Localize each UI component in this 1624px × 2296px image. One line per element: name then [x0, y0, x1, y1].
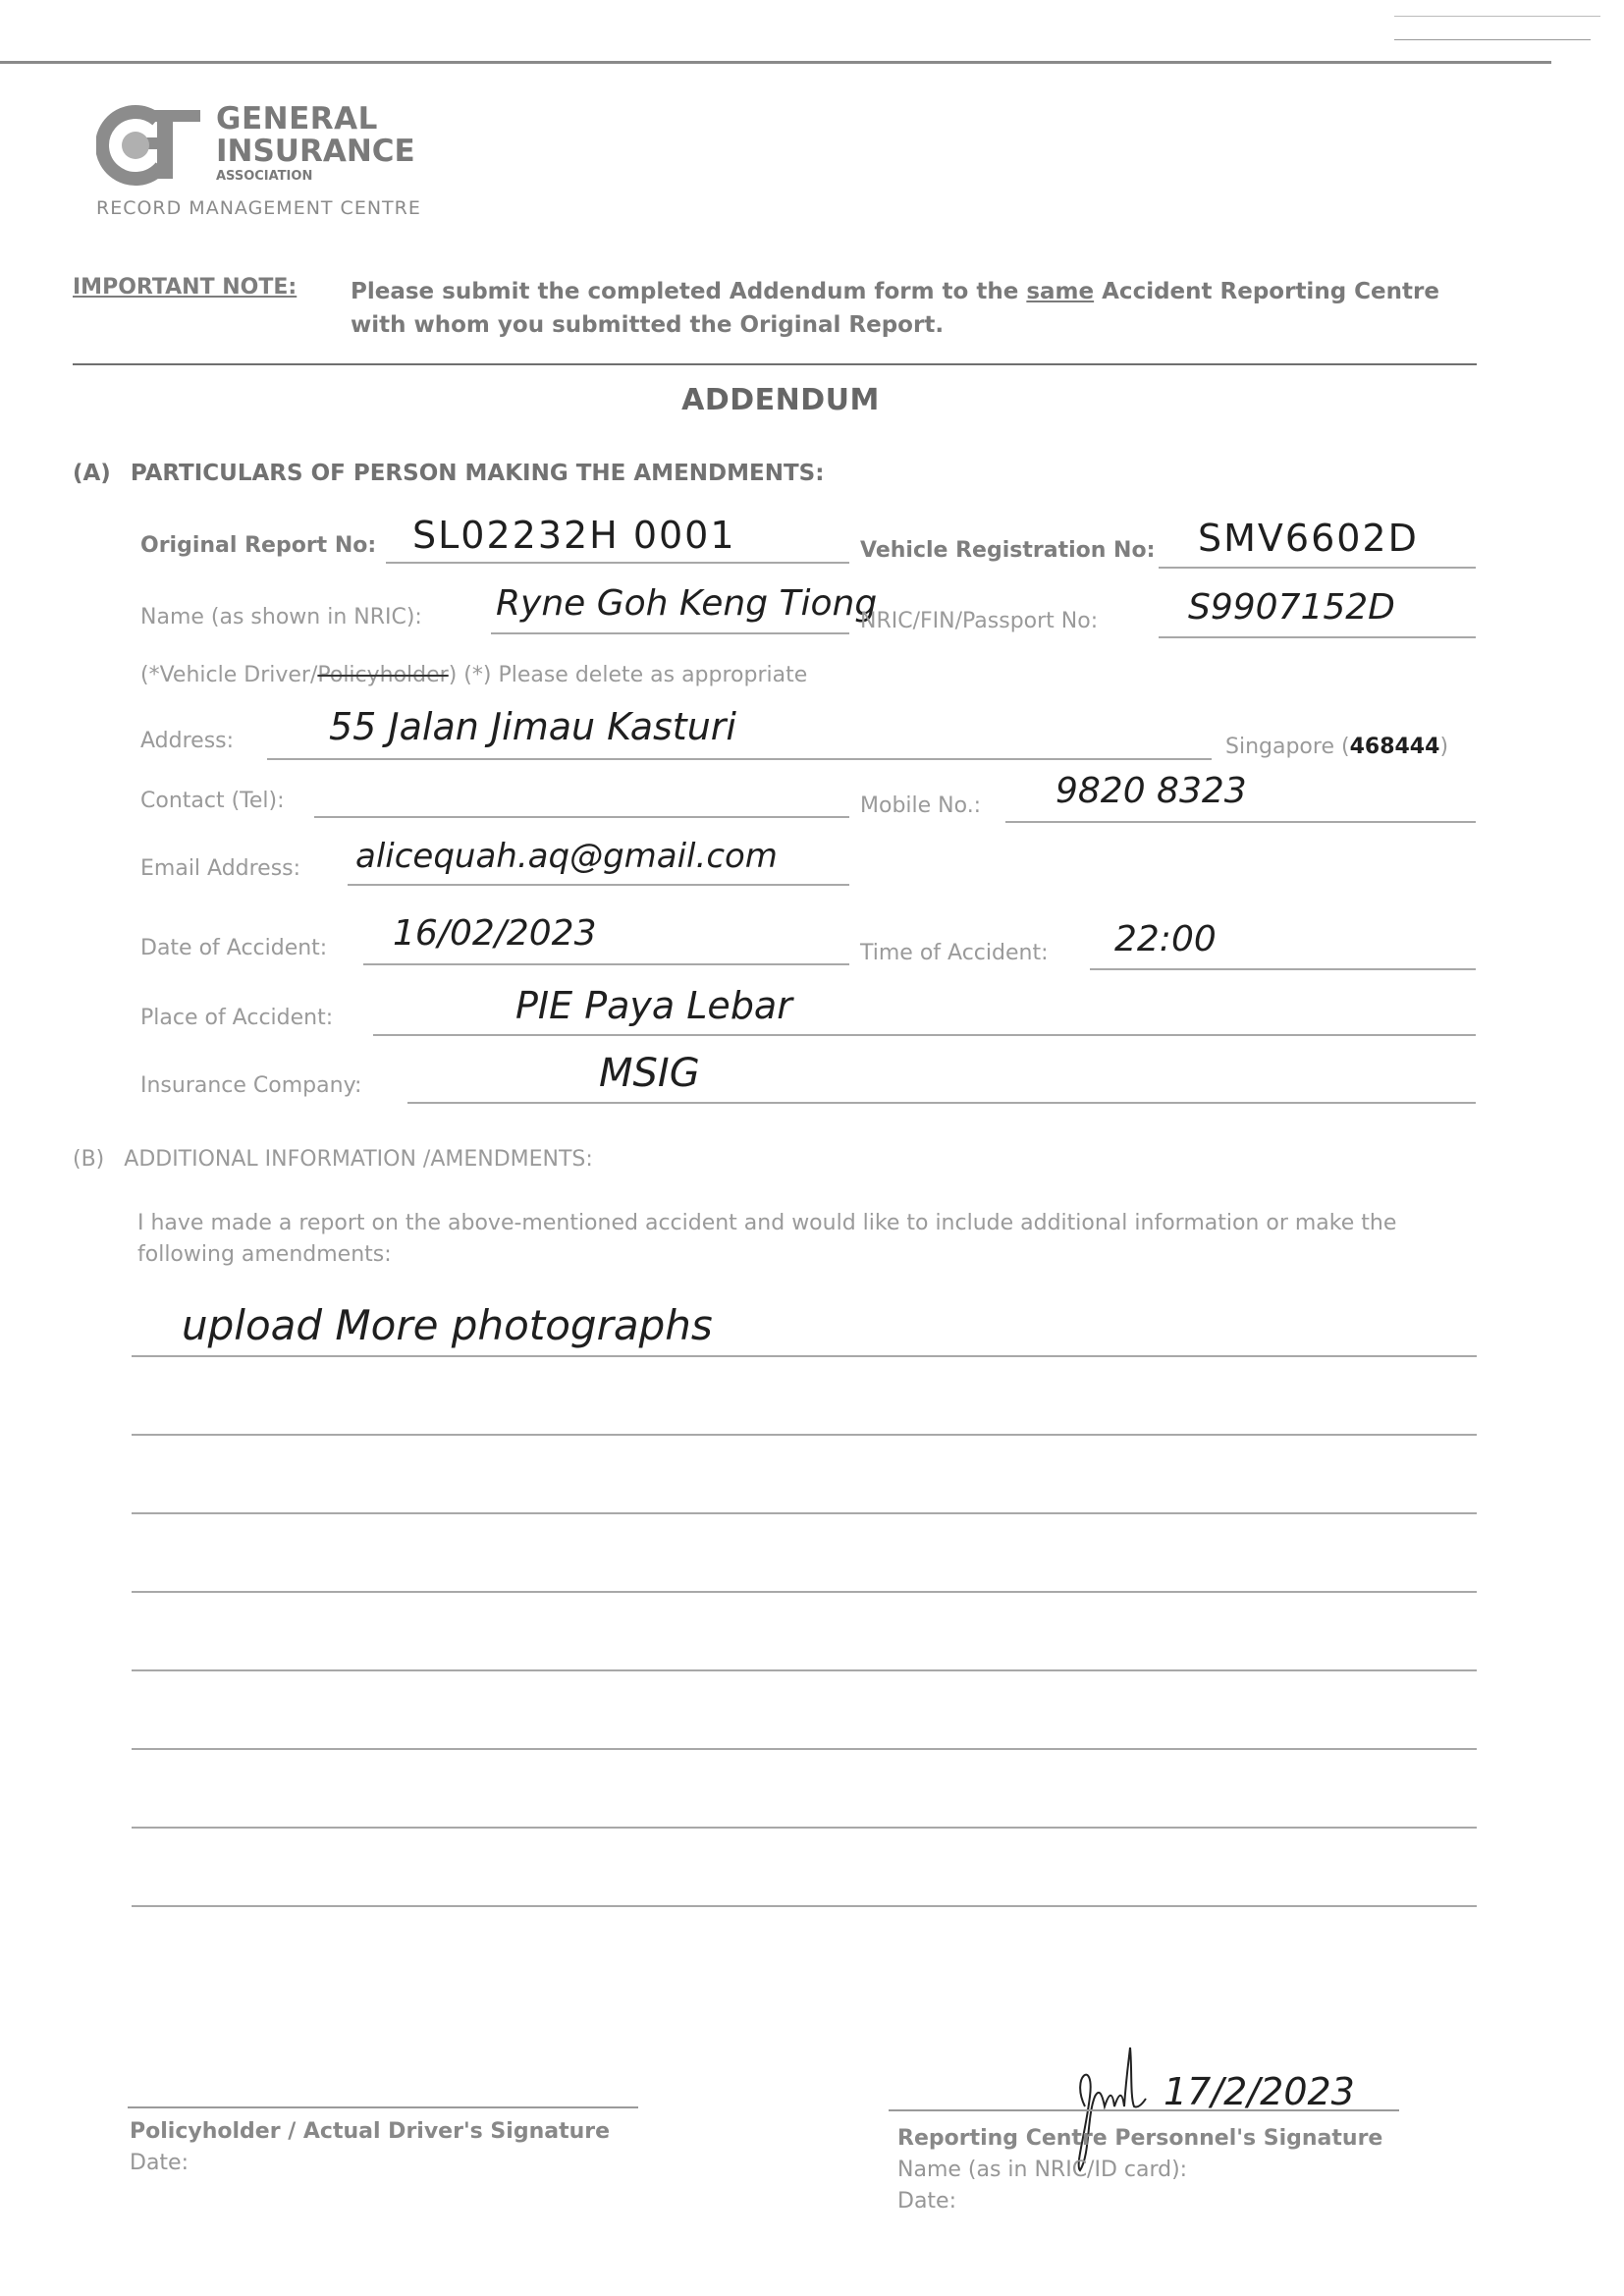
- section-title: PARTICULARS OF PERSON MAKING THE AMENDME…: [131, 461, 825, 486]
- insurance-company-field[interactable]: MSIG: [599, 1051, 700, 1096]
- insurance-company-line: [407, 1102, 1476, 1104]
- address-line: [267, 758, 1212, 760]
- gia-logo-icon: [96, 98, 212, 187]
- org-name-line3: ASSOCIATION: [216, 170, 415, 183]
- role-note-text: ) (*) Please delete as appropriate: [449, 663, 808, 687]
- time-of-accident-field[interactable]: 22:00: [1114, 919, 1217, 959]
- place-of-accident-label: Place of Accident:: [140, 1006, 333, 1030]
- note-text-part: Please submit the completed Addendum for…: [351, 279, 1026, 304]
- mobile-no-line: [1005, 821, 1476, 823]
- postcode-field[interactable]: 468444: [1350, 735, 1440, 759]
- mobile-no-label: Mobile No.:: [860, 793, 981, 818]
- amendment-line: [132, 1748, 1477, 1750]
- contact-tel-line: [314, 816, 849, 818]
- amendment-line: [132, 1669, 1477, 1671]
- amendment-line: [132, 1434, 1477, 1436]
- personnel-date-label: Date:: [897, 2186, 1382, 2217]
- section-prefix: (B): [73, 1147, 104, 1172]
- mobile-no-field[interactable]: 9820 8323: [1056, 771, 1247, 811]
- amendment-text-field[interactable]: upload More photographs: [182, 1301, 713, 1349]
- role-option-policyholder-struck: Policyholder: [317, 663, 448, 687]
- section-title: ADDITIONAL INFORMATION /AMENDMENTS:: [124, 1147, 593, 1172]
- name-label: Name (as shown in NRIC):: [140, 605, 422, 629]
- page-title: ADDENDUM: [0, 383, 1561, 417]
- place-of-accident-field[interactable]: PIE Paya Lebar: [515, 984, 792, 1027]
- note-emphasis: same: [1026, 279, 1094, 304]
- date-of-accident-field[interactable]: 16/02/2023: [393, 913, 597, 954]
- postcode-label-end: ): [1439, 735, 1448, 759]
- original-report-no-line: [386, 562, 849, 564]
- contact-tel-label: Contact (Tel):: [140, 789, 285, 813]
- personnel-signature-line: [889, 2109, 1399, 2111]
- time-of-accident-label: Time of Accident:: [860, 941, 1048, 965]
- email-label: Email Address:: [140, 856, 300, 881]
- scan-edge: [1394, 16, 1600, 17]
- date-of-accident-label: Date of Accident:: [140, 936, 327, 960]
- section-a-heading: (A)PARTICULARS OF PERSON MAKING THE AMEN…: [73, 461, 824, 486]
- amendment-line: [132, 1355, 1477, 1357]
- divider: [73, 363, 1477, 365]
- vehicle-registration-line: [1159, 567, 1476, 569]
- amendment-line: [132, 1827, 1477, 1829]
- email-line: [348, 884, 849, 886]
- address-label: Address:: [140, 729, 234, 753]
- postcode-label: Singapore (: [1225, 735, 1350, 759]
- driver-signature-line: [128, 2106, 638, 2108]
- amendment-line: [132, 1591, 1477, 1593]
- personnel-signature-block: Reporting Centre Personnel's Signature N…: [897, 2123, 1382, 2217]
- section-prefix: (A): [73, 461, 111, 486]
- important-note-label: IMPORTANT NOTE:: [73, 275, 297, 300]
- nric-label: NRIC/FIN/Passport No:: [860, 609, 1098, 633]
- insurance-company-label: Insurance Company:: [140, 1073, 361, 1098]
- time-of-accident-line: [1090, 968, 1476, 970]
- personnel-signature-date: 17/2/2023: [1164, 2070, 1355, 2113]
- org-subtitle: RECORD MANAGEMENT CENTRE: [96, 197, 421, 219]
- address-field[interactable]: 55 Jalan Jimau Kasturi: [329, 705, 736, 748]
- org-name-line1: GENERAL: [216, 104, 415, 135]
- scan-edge: [1394, 39, 1591, 40]
- section-b-heading: (B)ADDITIONAL INFORMATION /AMENDMENTS:: [73, 1147, 593, 1172]
- role-option-driver: (*Vehicle Driver/: [140, 663, 317, 687]
- date-of-accident-line: [363, 963, 849, 965]
- name-line: [491, 632, 849, 634]
- nric-field[interactable]: S9907152D: [1188, 587, 1395, 628]
- driver-signature-block: Policyholder / Actual Driver's Signature…: [130, 2116, 610, 2179]
- personnel-name-label: Name (as in NRIC/ID card):: [897, 2155, 1382, 2186]
- org-name-line2: INSURANCE: [216, 137, 415, 167]
- section-b-intro: I have made a report on the above-mentio…: [137, 1208, 1492, 1271]
- place-of-accident-line: [373, 1034, 1476, 1036]
- role-note: (*Vehicle Driver/Policyholder) (*) Pleas…: [140, 663, 807, 687]
- vehicle-registration-field[interactable]: SMV6602D: [1198, 517, 1419, 560]
- nric-line: [1159, 636, 1476, 638]
- original-report-no-label: Original Report No:: [140, 533, 376, 558]
- amendment-line: [132, 1905, 1477, 1907]
- amendment-line: [132, 1512, 1477, 1514]
- original-report-no-field[interactable]: SL02232H 0001: [412, 514, 736, 557]
- important-note-text: Please submit the completed Addendum for…: [351, 275, 1470, 342]
- vehicle-registration-label: Vehicle Registration No:: [860, 538, 1155, 563]
- personnel-signature-label: Reporting Centre Personnel's Signature: [897, 2123, 1382, 2155]
- driver-date-label: Date:: [130, 2148, 610, 2179]
- driver-signature-label: Policyholder / Actual Driver's Signature: [130, 2116, 610, 2148]
- org-name: GENERAL INSURANCE ASSOCIATION: [216, 104, 415, 183]
- scan-edge: [0, 61, 1551, 64]
- email-field[interactable]: alicequah.aq@gmail.com: [355, 837, 778, 876]
- singapore-postcode: Singapore (468444): [1225, 735, 1448, 759]
- name-field[interactable]: Ryne Goh Keng Tiong: [496, 583, 877, 624]
